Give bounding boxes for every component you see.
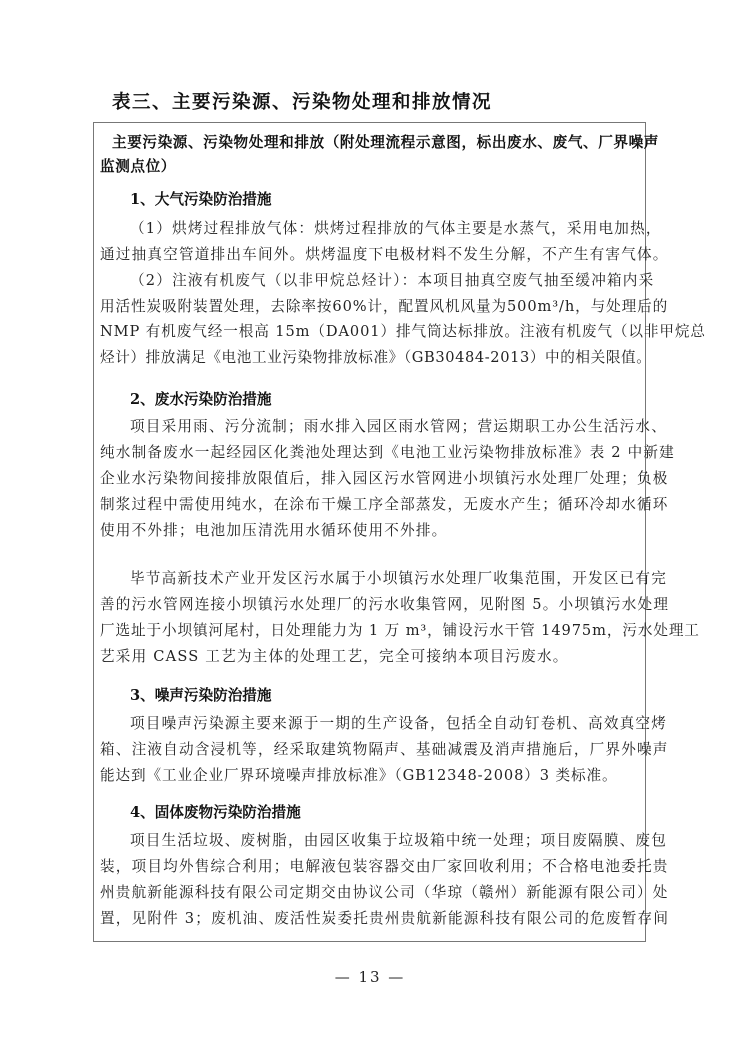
- paragraph-line: 州贵航新能源科技有限公司定期交由协议公司（华琼（赣州）新能源有限公司）处: [100, 881, 669, 902]
- paragraph-line: 通过抽真空管道排出车间外。烘烤温度下电极材料不发生分解，不产生有害气体。: [100, 243, 669, 264]
- paragraph-line: 用活性炭吸附装置处理，去除率按60%计，配置风机风量为500m³/h，与处理后的: [100, 295, 668, 316]
- table-header-line-2: 监测点位）: [100, 155, 176, 176]
- paragraph-line: 项目采用雨、污分流制；雨水排入园区雨水管网；营运期职工办公生活污水、: [130, 415, 667, 436]
- paragraph-line: 置，见附件 3；废机油、废活性炭委托贵州贵航新能源科技有限公司的危废暂存间: [100, 907, 669, 928]
- paragraph-line: 制浆过程中需使用纯水，在涂布干燥工序全部蒸发，无废水产生；循环冷却水循环: [100, 493, 669, 514]
- paragraph-line: 纯水制备废水一起经园区化粪池处理达到《电池工业污染物排放标准》表 2 中新建: [100, 441, 675, 462]
- paragraph-line: 项目噪声污染源主要来源于一期的生产设备，包括全自动钉卷机、高效真空烤: [130, 712, 667, 733]
- section-heading-wastewater: 2、废水污染防治措施: [130, 388, 272, 409]
- page-number: — 13 —: [0, 968, 740, 986]
- table-header-line-1: 主要污染源、污染物处理和排放（附处理流程示意图，标出废水、废气、厂界噪声: [112, 131, 659, 152]
- paragraph-line: 毕节高新技术产业开发区污水属于小坝镇污水处理厂收集范围，开发区已有完: [130, 567, 667, 588]
- page-title: 表三、主要污染源、污染物处理和排放情况: [112, 88, 492, 114]
- paragraph-line: 艺采用 CASS 工艺为主体的处理工艺，完全可接纳本项目污废水。: [100, 645, 569, 666]
- section-heading-noise: 3、噪声污染防治措施: [130, 684, 272, 705]
- paragraph-line: 能达到《工业企业厂界环境噪声排放标准》（GB12348-2008）3 类标准。: [100, 764, 617, 785]
- paragraph-line: 装，项目均外售综合利用；电解液包装容器交由厂家回收利用；不合格电池委托贵: [100, 855, 669, 876]
- paragraph-line: 箱、注液自动含浸机等，经采取建筑物隔声、基础减震及消声措施后，厂界外噪声: [100, 738, 669, 759]
- paragraph-line: 善的污水管网连接小坝镇污水处理厂的污水收集管网，见附图 5。小坝镇污水处理: [100, 593, 669, 614]
- paragraph-line: 企业水污染物间接排放限值后，排入园区污水管网进小坝镇污水处理厂处理；负极: [100, 467, 669, 488]
- section-heading-air: 1、大气污染防治措施: [130, 188, 272, 209]
- paragraph-line: NMP 有机废气经一根高 15m（DA001）排气筒达标排放。注液有机废气（以非…: [100, 320, 706, 341]
- section-heading-solid-waste: 4、固体废物污染防治措施: [130, 801, 301, 822]
- paragraph-line: 项目生活垃圾、废树脂，由园区收集于垃圾箱中统一处理；项目废隔膜、废包: [130, 829, 667, 850]
- paragraph-line: （1）烘烤过程排放气体：烘烤过程排放的气体主要是水蒸气，采用电加热，: [130, 217, 662, 238]
- paragraph-line: （2）注液有机废气（以非甲烷总烃计）：本项目抽真空废气抽至缓冲箱内采: [130, 269, 654, 290]
- paragraph-line: 厂选址于小坝镇河尾村，日处理能力为 1 万 m³，铺设污水干管 14975m，污…: [100, 619, 700, 640]
- paragraph-line: 使用不外排；电池加压清洗用水循环使用不外排。: [100, 519, 447, 540]
- paragraph-line: 烃计）排放满足《电池工业污染物排放标准》（GB30484-2013）中的相关限值…: [100, 346, 651, 367]
